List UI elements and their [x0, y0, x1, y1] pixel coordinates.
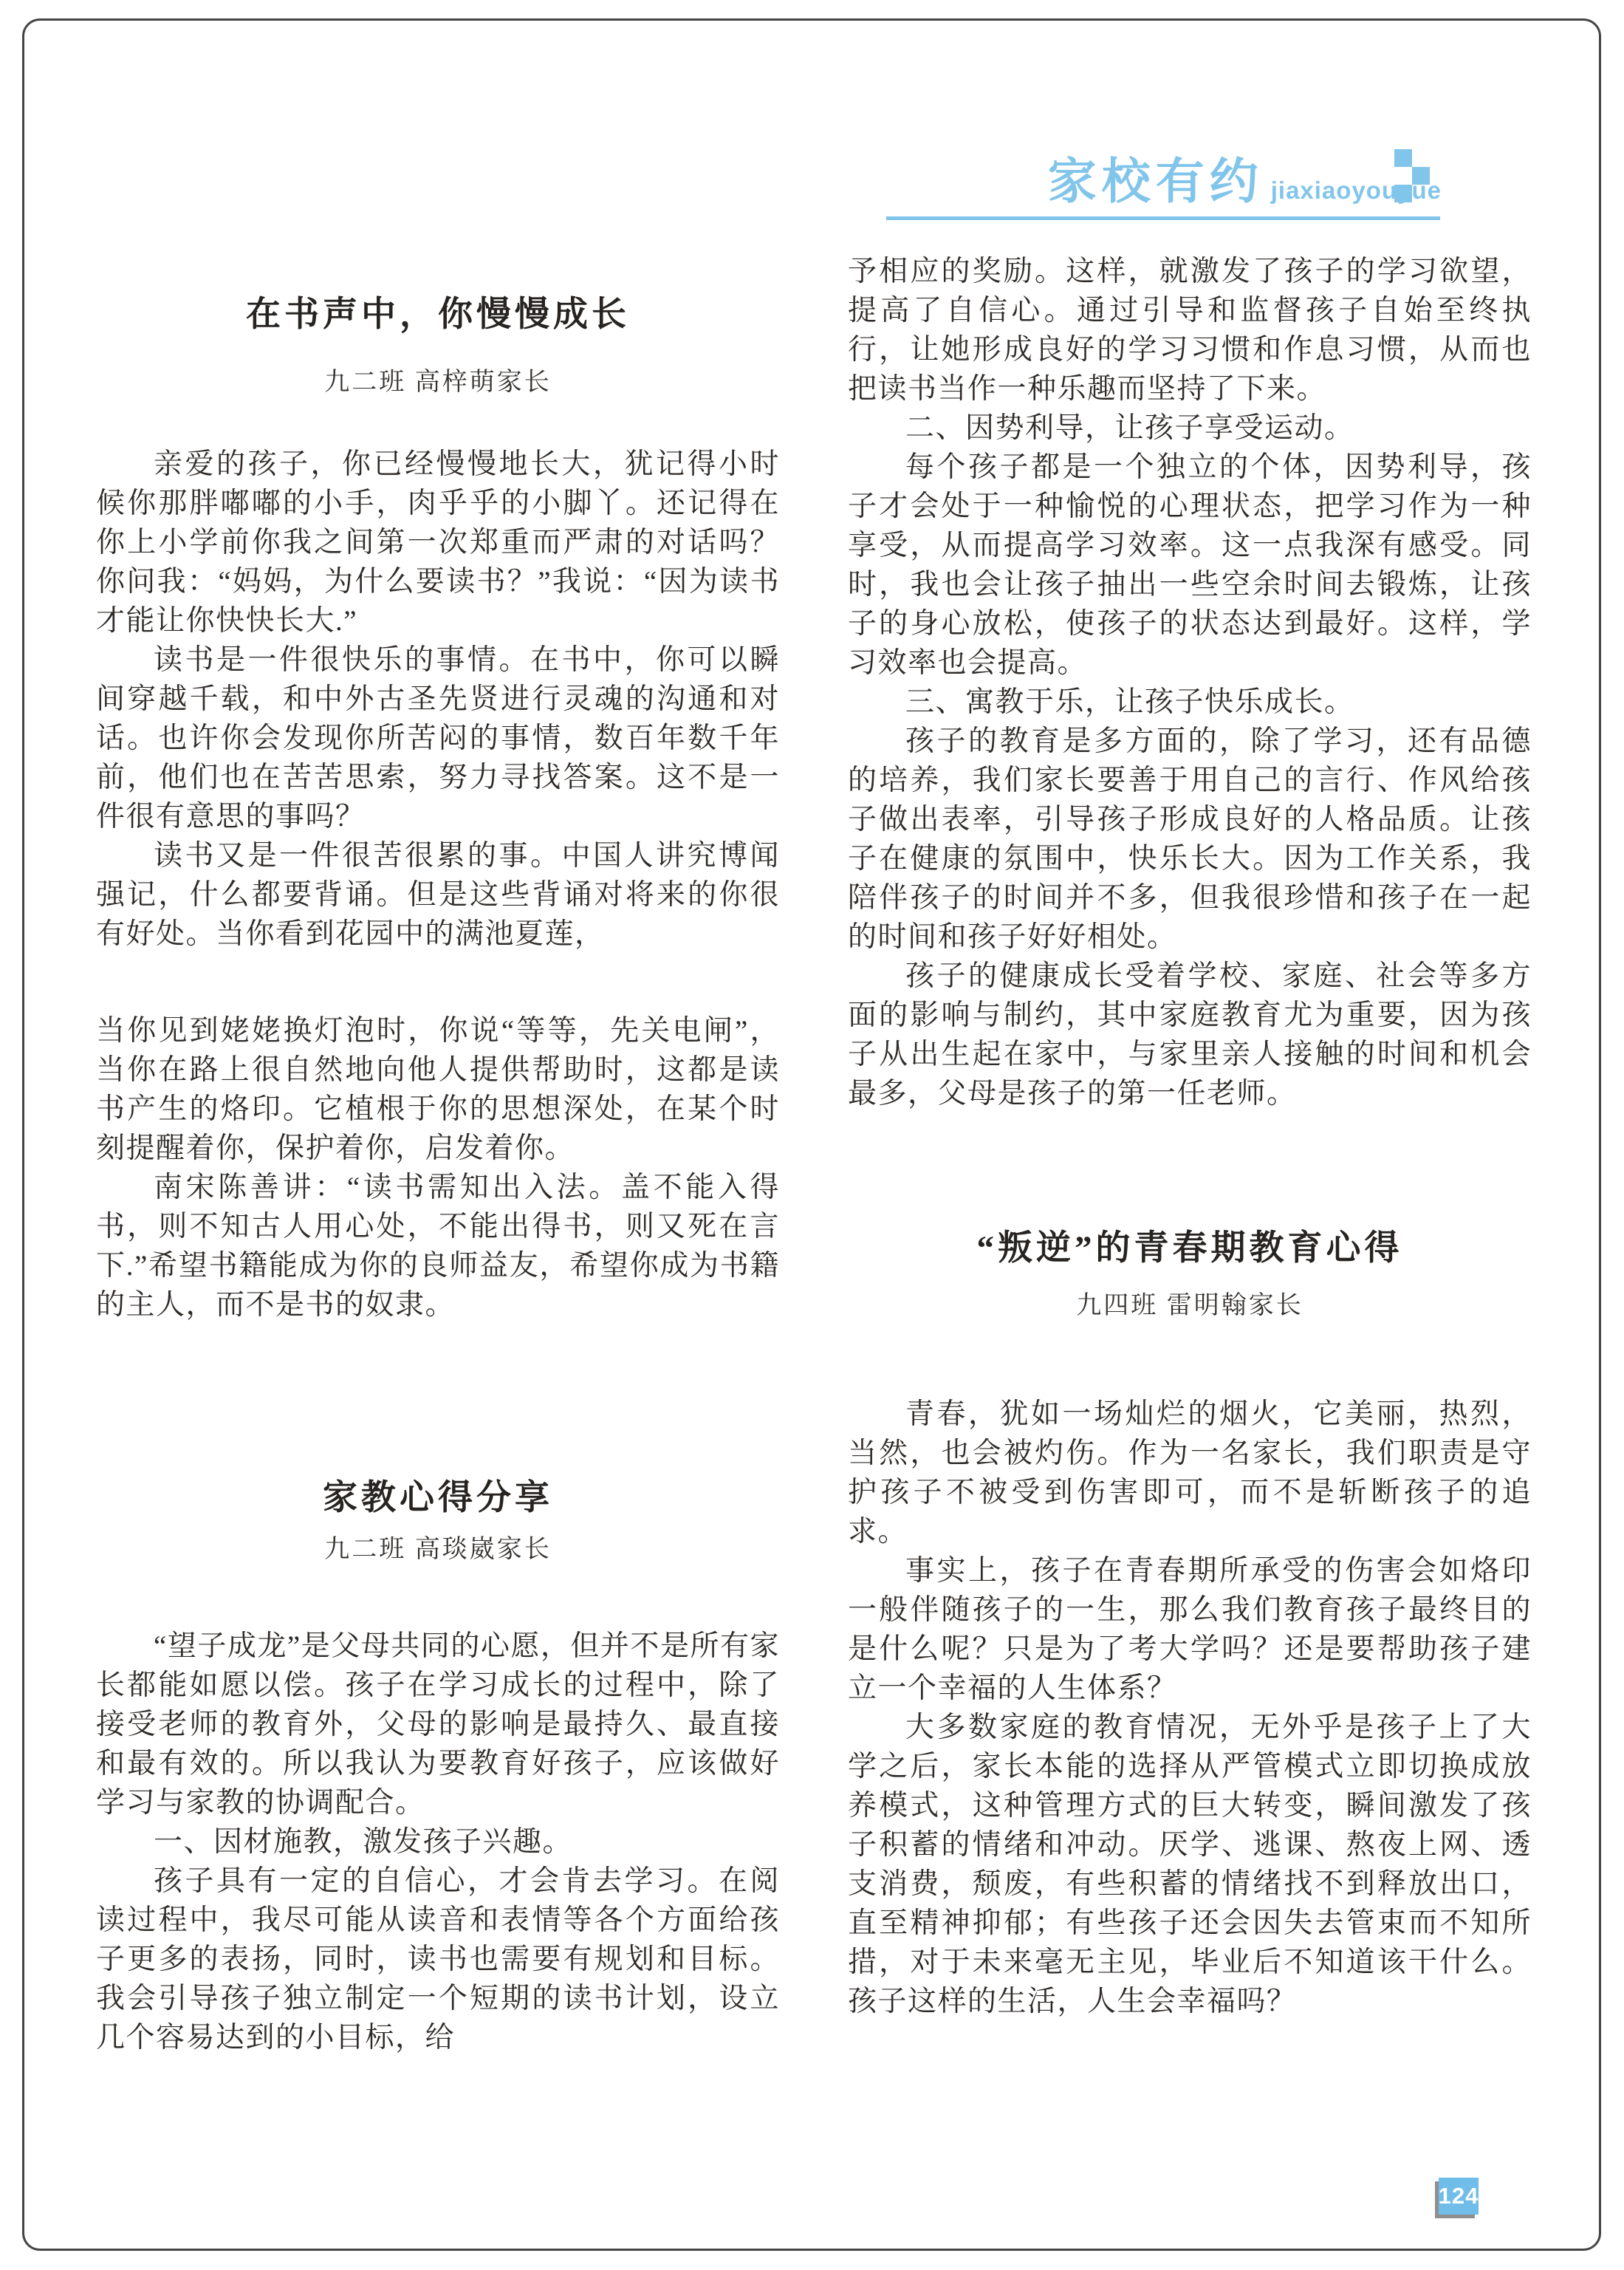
article2-byline: 九二班 高琰崴家长: [96, 1535, 780, 1565]
paragraph: 二、因势利导，让孩子享受运动。: [848, 408, 1532, 448]
article2-body-continuation: 予相应的奖励。这样，就激发了孩子的学习欲望，提高了自信心。通过引导和监督孩子自始…: [848, 252, 1532, 1113]
paragraph: 孩子的健康成长受着学校、家庭、社会等多方面的影响与制约，其中家庭教育尤为重要，因…: [848, 957, 1532, 1113]
article3-byline: 九四班 雷明翰家长: [848, 1291, 1532, 1322]
paragraph: 读书又是一件很苦很累的事。中国人讲究博闻强记，什么都要背诵。但是这些背诵对将来的…: [96, 836, 780, 954]
article1-title: 在书声中，你慢慢成长: [96, 294, 780, 335]
article2-body: “望子成龙”是父母共同的心愿，但并不是所有家长都能如愿以偿。孩子在学习成长的过程…: [96, 1627, 780, 2057]
paragraph: 孩子的教育是多方面的，除了学习，还有品德的培养，我们家长要善于用自己的言行、作风…: [848, 722, 1532, 957]
decor-square: [1412, 167, 1430, 185]
magazine-page: { "colors":{ "header_blue":"#82c5eb", "p…: [0, 0, 1624, 2270]
paragraph: 亲爱的孩子，你已经慢慢地长大，犹记得小时候你那胖嘟嘟的小手，肉乎乎的小脚丫。还记…: [96, 445, 780, 640]
article1-byline: 九二班 高梓萌家长: [96, 368, 780, 398]
paragraph: 事实上，孩子在青春期所承受的伤害会如烙印一般伴随孩子的一生，那么我们教育孩子最终…: [848, 1551, 1532, 1708]
paragraph: 予相应的奖励。这样，就激发了孩子的学习欲望，提高了自信心。通过引导和监督孩子自始…: [848, 252, 1532, 408]
paragraph: 当你见到姥姥换灯泡时，你说“等等，先关电闸”，当你在路上很自然地向他人提供帮助时…: [96, 1011, 780, 1168]
section-title-chinese: 家校有约: [1048, 157, 1264, 205]
paragraph: 青春，犹如一场灿烂的烟火，它美丽，热烈，当然，也会被灼伤。作为一名家长，我们职责…: [848, 1395, 1532, 1551]
paragraph: 南宋陈善讲：“读书需知出入法。盖不能入得书，则不知古人用心处，不能出得书，则又死…: [96, 1168, 780, 1324]
paragraph: “望子成龙”是父母共同的心愿，但并不是所有家长都能如愿以偿。孩子在学习成长的过程…: [96, 1627, 780, 1822]
paragraph: 每个孩子都是一个独立的个体，因势利导，孩子才会处于一种愉悦的心理状态，把学习作为…: [848, 448, 1532, 683]
article1-body: 亲爱的孩子，你已经慢慢地长大，犹记得小时候你那胖嘟嘟的小手，肉乎乎的小脚丫。还记…: [96, 445, 780, 1324]
article3-body: 青春，犹如一场灿烂的烟火，它美丽，热烈，当然，也会被灼伤。作为一名家长，我们职责…: [848, 1395, 1532, 2021]
section-header: 家校有约 jiaxiaoyouyue: [886, 146, 1442, 205]
article3-title: “叛逆”的青春期教育心得: [848, 1228, 1532, 1269]
page-number-badge: 124: [1439, 2178, 1479, 2215]
article2-title: 家教心得分享: [96, 1477, 780, 1519]
paragraph: 一、因材施教，激发孩子兴趣。: [96, 1822, 780, 1862]
paragraph: 读书是一件很快乐的事情。在书中，你可以瞬间穿越千载，和中外古圣先贤进行灵魂的沟通…: [96, 640, 780, 836]
scan-gap: [96, 954, 780, 1011]
checker-squares-decoration: [1394, 149, 1439, 203]
header-underline: [886, 216, 1440, 220]
decor-square: [1394, 149, 1412, 167]
paragraph: 大多数家庭的教育情况，无外乎是孩子上了大学之后，家长本能的选择从严管模式立即切换…: [848, 1708, 1532, 2021]
paragraph: 三、寓教于乐，让孩子快乐成长。: [848, 683, 1532, 722]
decor-square: [1394, 185, 1412, 202]
paragraph: 孩子具有一定的自信心，才会肯去学习。在阅读过程中，我尽可能从读音和表情等各个方面…: [96, 1862, 780, 2057]
